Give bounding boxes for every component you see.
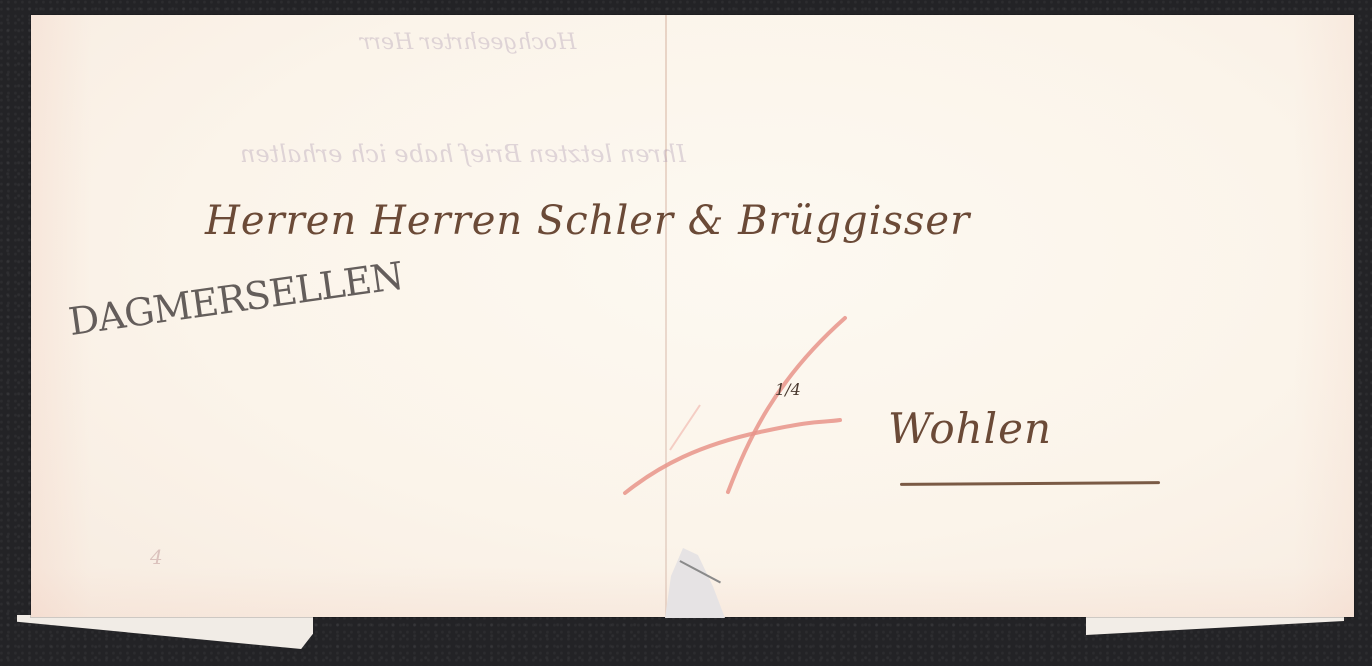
destination-town: Wohlen: [888, 404, 1052, 453]
show-through-writing: Ihren letzten Brief habe ich erhalten: [240, 140, 686, 168]
pencil-note: 4: [150, 545, 163, 569]
show-through-writing: Hochgeehrter Herr: [360, 30, 576, 55]
rate-note: 1/4: [775, 380, 801, 399]
addressee-line: Herren Herren Schler & Brüggisser: [205, 198, 970, 244]
fold-crease: [665, 15, 667, 617]
